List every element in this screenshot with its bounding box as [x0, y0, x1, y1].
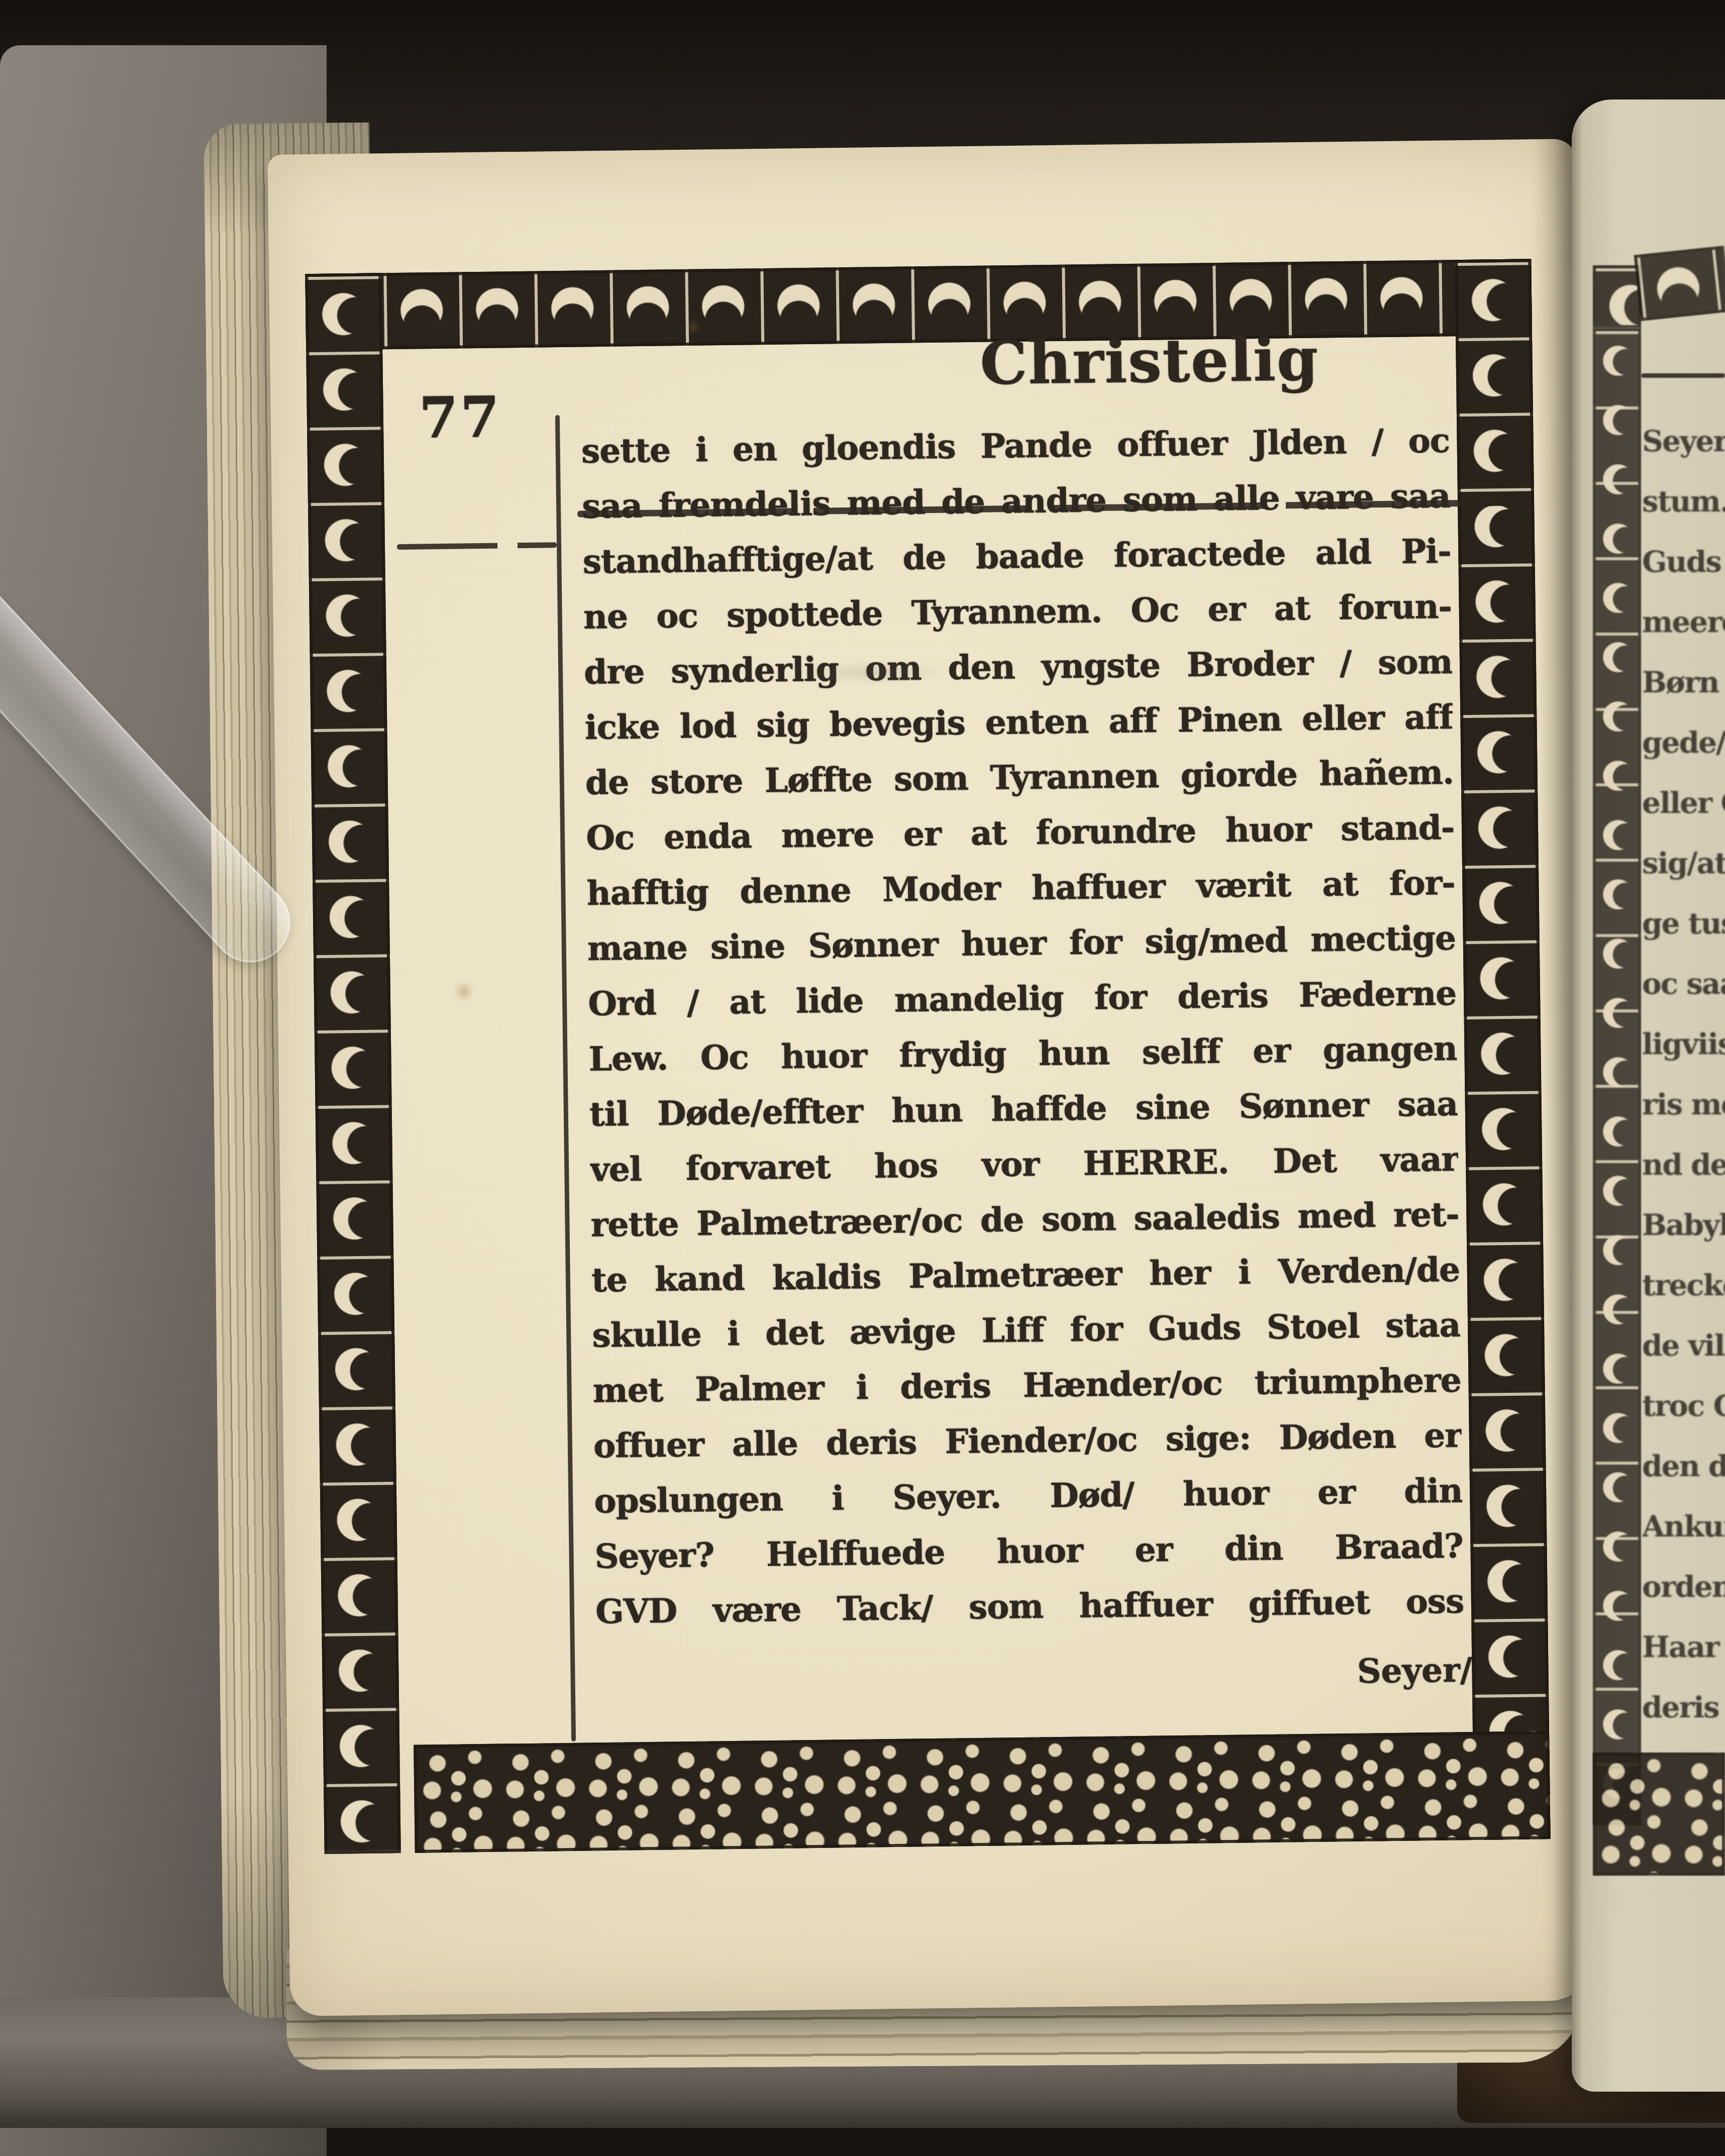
- woodcut-border-corner-recto: [1593, 265, 1641, 328]
- body-line: sette i en gloendis Pande offuer Jlden /…: [581, 413, 1450, 478]
- body-text-recto: Seyer/form stum. Oc det Guds Børn meere …: [1642, 411, 1725, 1737]
- body-line: saa fremdelis med de andre som alle vare…: [581, 468, 1450, 534]
- recto-line: Babylon er at s: [1642, 1195, 1725, 1255]
- recto-line: stum. Oc det: [1642, 471, 1725, 532]
- recto-line: oc saa under Ko: [1642, 954, 1725, 1014]
- woodcut-border-bottom: [414, 1731, 1550, 1853]
- page-number-rule: [397, 542, 557, 550]
- book-photograph: 77 Christelig sette i en gloendis Pande …: [0, 0, 1725, 2156]
- recto-line: Guds Børn: [1642, 532, 1725, 592]
- body-line: standhafftige/at de baade foractede ald …: [582, 523, 1451, 589]
- recto-line: ligviis/ at Gud: [1642, 1014, 1725, 1074]
- recto-line: Ankunde forn: [1642, 1496, 1725, 1557]
- catchword: Seyer/: [1311, 1650, 1472, 1691]
- body-line: Seyer? Helffuede huor er din Braad?: [594, 1518, 1463, 1584]
- foxing-spot: [448, 976, 479, 1007]
- recto-line: deris Klæder v: [1642, 1677, 1725, 1737]
- body-line: hafftig denne Moder haffuer værit at for…: [586, 855, 1455, 920]
- recto-line: nd der bleff: [1642, 1135, 1725, 1195]
- body-line: ne oc spottede Tyrannem. Oc er at forun-: [583, 578, 1452, 644]
- body-line: Lew. Oc huor frydig hun selff er gangen: [588, 1020, 1457, 1086]
- woodcut-border-bottom-recto: [1593, 1753, 1725, 1876]
- body-line: met Palmer i deris Hænder/oc triumphere: [592, 1352, 1461, 1418]
- body-line: te kand kaldis Palmetræer her i Verden/d…: [591, 1242, 1460, 1307]
- right-page-sliver: Seyer/form stum. Oc det Guds Børn meere …: [1572, 99, 1725, 2092]
- recto-line: ris mere der vo: [1642, 1074, 1725, 1135]
- recto-line: Børn udi Æg: [1642, 652, 1725, 712]
- body-text: sette i en gloendis Pande offuer Jlden /…: [581, 413, 1464, 1639]
- recto-line: troc Gud/som h: [1642, 1376, 1725, 1436]
- text-margin-rule: [555, 415, 576, 1741]
- body-line: dre synderlig om den yngste Broder / som: [583, 634, 1452, 699]
- left-page: 77 Christelig sette i en gloendis Pande …: [267, 139, 1599, 2016]
- recto-line: de ville tilbede m: [1642, 1315, 1725, 1376]
- running-header: Christelig: [888, 323, 1411, 399]
- woodcut-border-left-recto: [1593, 328, 1641, 1825]
- recto-line: Seyer/form: [1642, 411, 1725, 471]
- recto-line: ge tusind Siele: [1642, 893, 1725, 954]
- body-line: offuer alle deris Fiender/oc sige: Døden…: [593, 1407, 1462, 1473]
- page-number: 77: [419, 384, 501, 451]
- body-line: opslungen i Seyer. Død/ huor er din: [594, 1463, 1463, 1528]
- body-line: Ord / at lide mandelig for deris Fæderne: [587, 965, 1456, 1031]
- body-line: rette Palmetræer/oc de som saaledis med …: [590, 1186, 1459, 1252]
- recto-line: sig/at de ere ble: [1642, 833, 1725, 893]
- header-rule-recto: [1641, 373, 1725, 378]
- body-line: mane sine Sønner huer for sig/med mectig…: [587, 910, 1456, 976]
- body-line: til Døde/effter hun haffde sine Sønner s…: [589, 1076, 1458, 1142]
- recto-line: Haar paa deris: [1642, 1617, 1725, 1677]
- recto-line: den da sende G: [1642, 1436, 1725, 1496]
- recto-line: trecke/ men hell: [1642, 1255, 1725, 1315]
- body-line: icke lod sig bevegis enten aff Pinen ell…: [584, 689, 1453, 755]
- recto-line: ordeningen m: [1642, 1557, 1725, 1617]
- woodcut-border-top-recto: [1634, 246, 1725, 321]
- body-line: skulle i det ævige Liff for Guds Stoel s…: [592, 1297, 1461, 1363]
- recto-line: meere under K: [1642, 592, 1725, 652]
- body-line: de store Løffte som Tyrannen giorde hañe…: [585, 744, 1454, 810]
- body-line: vel forvaret hos vor HERRE. Det vaar: [590, 1131, 1459, 1197]
- recto-line: eller Orme/saa: [1642, 773, 1725, 833]
- woodcut-border-left: [305, 273, 400, 1854]
- recto-line: gede/io mere d: [1642, 712, 1725, 773]
- body-line: GVD være Tack/ som haffuer giffuet oss: [595, 1573, 1464, 1639]
- body-line: Oc enda mere er at forundre huor stand-: [585, 799, 1454, 865]
